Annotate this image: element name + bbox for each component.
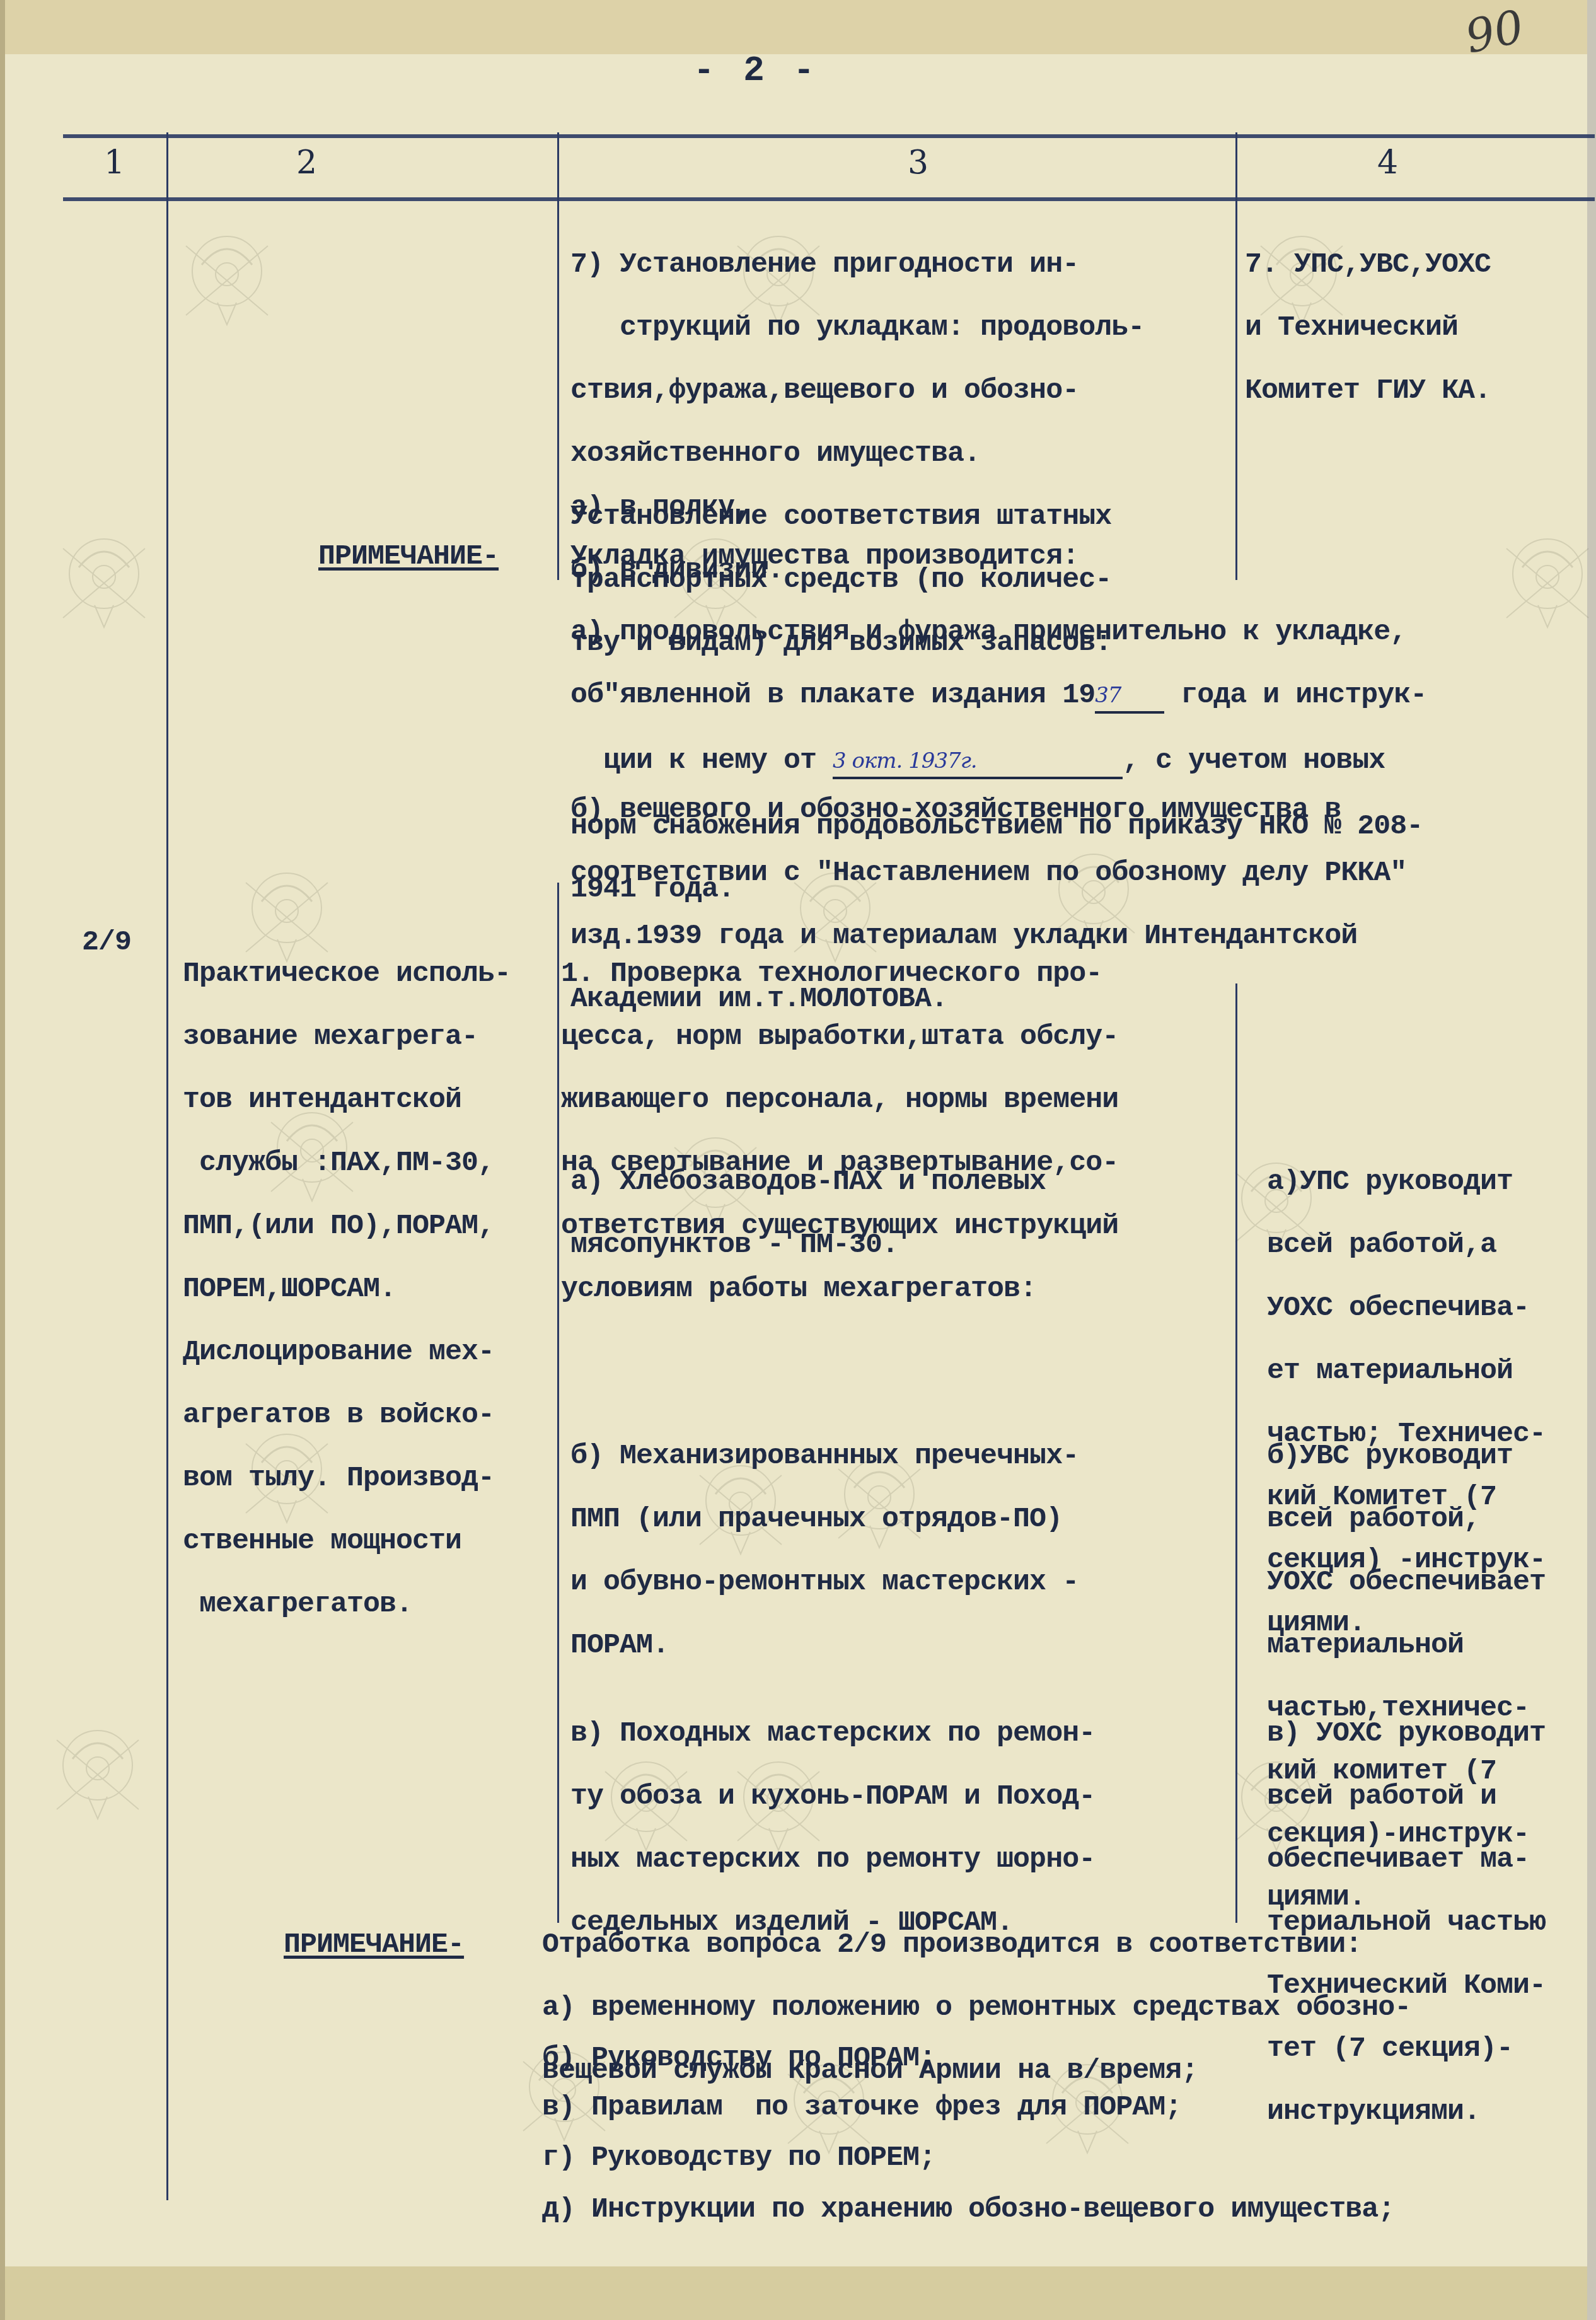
column-divider-3-4 [1235, 983, 1237, 1923]
scan-edge-right [1587, 0, 1596, 2320]
scan-edge-left [0, 0, 5, 2320]
row-2-9-sub-b-col3: б) Механизированнных пречечных- ПМП (или… [570, 1409, 1078, 1693]
page-number: - 2 - [693, 50, 818, 91]
scan-border-top [0, 0, 1596, 54]
scan-border-bottom [0, 2266, 1596, 2320]
watermark-emblem-icon [180, 221, 274, 328]
column-divider-3-4 [1235, 132, 1237, 580]
watermark-emblem-icon [57, 523, 151, 630]
row7-col4-responsible: 7. УПС,УВС,УОХС и Технический Комитет ГИ… [1245, 217, 1491, 438]
row-2-9-sub-a-col3: а) Хлебозаводов-ПАХ и полевых мясопункто… [570, 1135, 1046, 1292]
handwritten-year-field: 37 [1095, 680, 1164, 714]
note2-item-c: в) Правилам по заточке фрез для ПОРАМ; [542, 2092, 1181, 2123]
row-2-9-sub-c-col3: в) Походных мастерских по ремон- ту обоз… [570, 1686, 1095, 1970]
note2-item-d: г) Руководству по ПОРЕМ; [542, 2142, 935, 2174]
column-header-4: 4 [1377, 144, 1398, 182]
column-divider-2-3 [557, 883, 559, 1923]
table-header-rule [63, 197, 1595, 201]
row-2-9-number: 2/9 [82, 927, 131, 958]
note2-item-b: б) Руководству по ПОРАМ; [542, 2043, 935, 2074]
row-2-9-topic: Практическое исполь- зование мехагрега- … [183, 927, 511, 1652]
column-header-1: 1 [104, 144, 125, 182]
watermark-emblem-icon [1500, 523, 1595, 630]
column-divider-2-3 [557, 132, 559, 580]
note2-label: ПРИМЕЧАНИЕ- [284, 1929, 464, 1961]
column-header-2: 2 [296, 144, 317, 182]
note1-label: ПРИМЕЧАНИЕ- [318, 541, 499, 572]
watermark-emblem-icon [50, 1715, 145, 1822]
note1-intro: Укладка имущества производится: [570, 541, 1078, 572]
note2-item-e: д) Инструкции по хранению обозно-вещевог… [542, 2194, 1394, 2225]
column-divider-1-2 [166, 132, 168, 2200]
column-header-3: 3 [908, 144, 928, 182]
table-top-rule [63, 134, 1595, 138]
note2-intro: Отработка вопроса 2/9 производится в соо… [542, 1929, 1362, 1961]
